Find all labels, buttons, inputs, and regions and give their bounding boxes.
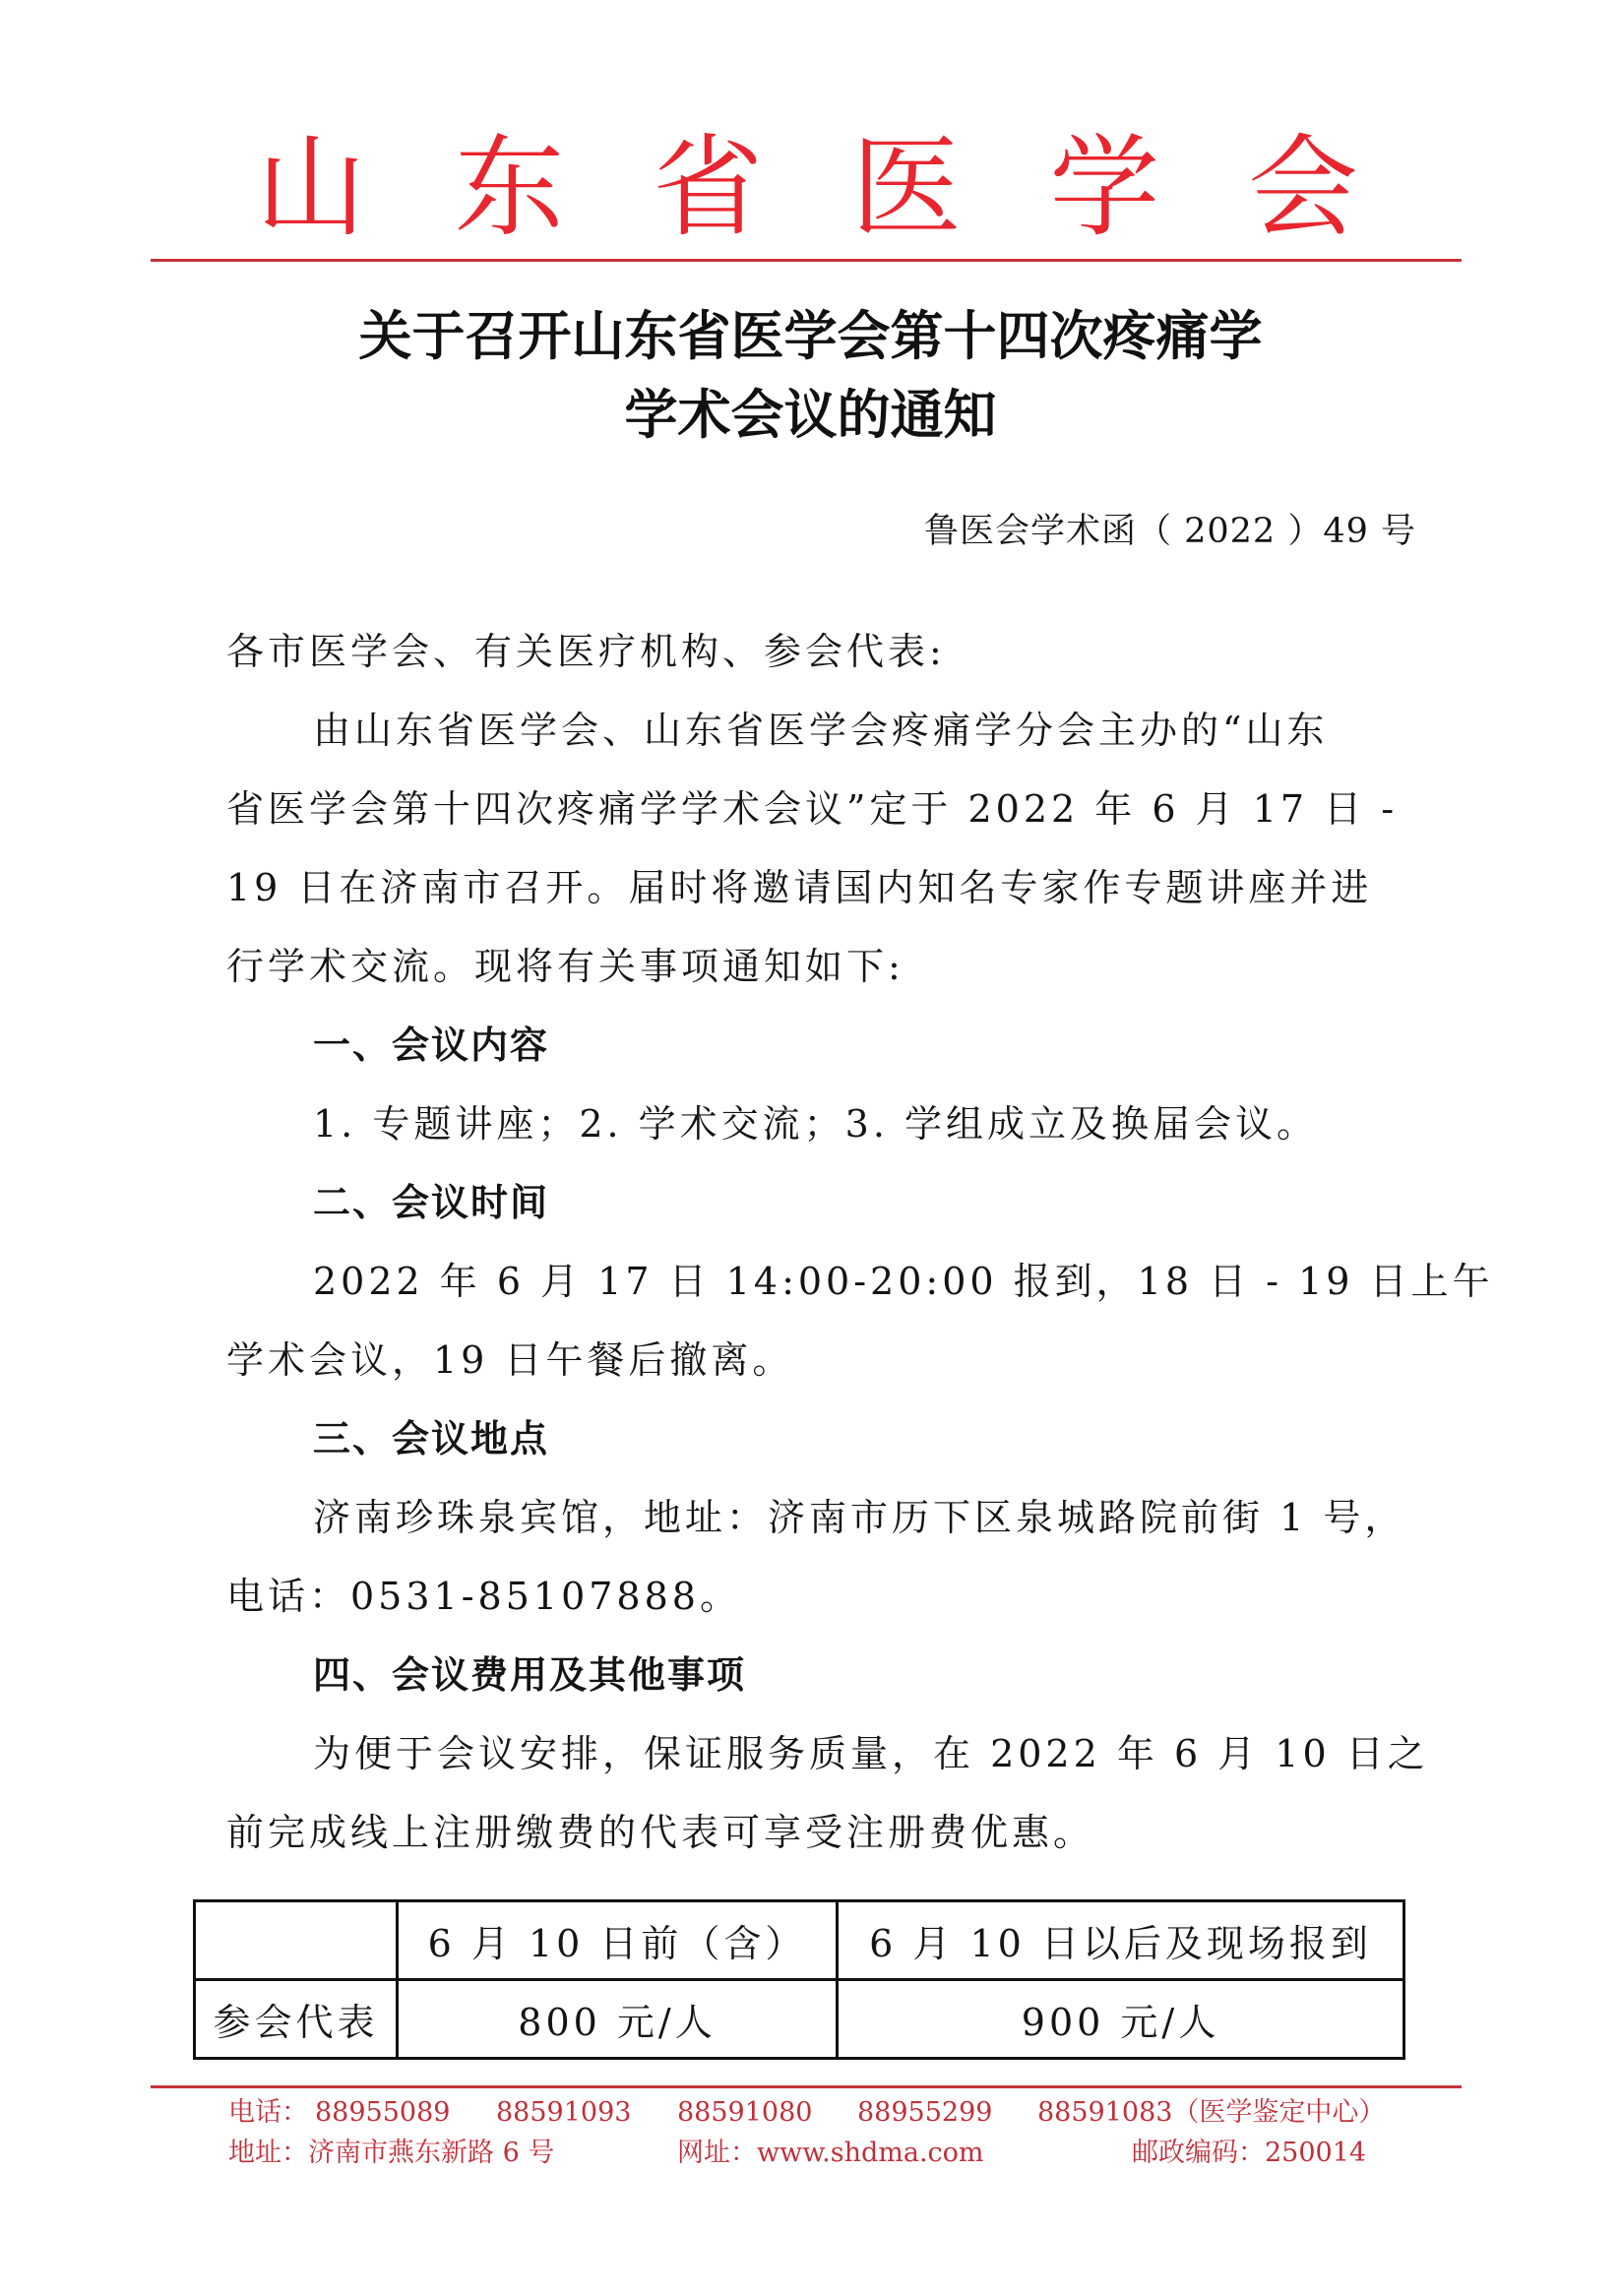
footer-phone: 88591080 (677, 2093, 812, 2133)
letterhead-char: 省 (653, 133, 763, 243)
section-heading-fees: 四、会议费用及其他事项 (313, 1636, 746, 1714)
section-line: 为便于会议安排，保证服务质量，在 2022 年 6 月 10 日之 (313, 1714, 1429, 1793)
section-heading-time: 二、会议时间 (313, 1163, 549, 1242)
section-line: 学术会议，19 日午餐后撤离。 (226, 1321, 793, 1399)
fee-table: 6 月 10 日前（含） 6 月 10 日以后及现场报到 参会代表 800 元/… (193, 1899, 1405, 2060)
fee-table-header-cell: 6 月 10 日前（含） (398, 1901, 838, 1980)
footer-phone: 88591083（医学鉴定中心） (1037, 2093, 1385, 2133)
footer-address: 地址：济南市燕东新路 6 号 (228, 2134, 554, 2173)
fee-table-cell: 参会代表 (195, 1980, 398, 2059)
footer-website: 网址：www.shdma.com (677, 2134, 984, 2173)
footer-divider (151, 2085, 1462, 2088)
document-title-line-1: 关于召开山东省医学会第十四次疼痛学 (148, 297, 1473, 376)
letterhead-divider (151, 259, 1462, 262)
fee-table-cell: 900 元/人 (838, 1980, 1404, 2059)
section-heading-venue: 三、会议地点 (313, 1399, 549, 1478)
fee-table-header-cell (195, 1901, 398, 1980)
section-line: 1. 专题讲座；2. 学术交流；3. 学组成立及换届会议。 (313, 1085, 1318, 1163)
footer-phone: 88591093 (496, 2093, 631, 2133)
section-line: 2022 年 6 月 17 日 14:00-20:00 报到，18 日 - 19… (313, 1242, 1494, 1321)
section-heading-content: 一、会议内容 (313, 1006, 549, 1085)
letterhead-char: 会 (1248, 133, 1358, 243)
intro-line: 省医学会第十四次疼痛学学术会议”定于 2022 年 6 月 17 日 - (226, 770, 1398, 848)
letterhead-org-name: 山 东 省 医 学 会 (148, 126, 1466, 249)
fee-table-header-cell: 6 月 10 日以后及现场报到 (838, 1901, 1404, 1980)
intro-line: 19 日在济南市召开。届时将邀请国内知名专家作专题讲座并进 (226, 848, 1372, 927)
section-line: 电话：0531-85107888。 (226, 1557, 741, 1636)
footer-phone-label: 电话： (228, 2093, 308, 2133)
intro-line: 行学术交流。现将有关事项通知如下: (226, 927, 904, 1006)
letterhead-char: 东 (455, 133, 565, 243)
intro-line: 由山东省医学会、山东省医学会疼痛学分会主办的“山东 (313, 691, 1328, 770)
section-line: 前完成线上注册缴费的代表可享受注册费优惠。 (226, 1793, 1094, 1872)
footer-phone: 88955299 (857, 2093, 992, 2133)
fee-table-header-row: 6 月 10 日前（含） 6 月 10 日以后及现场报到 (195, 1901, 1404, 1980)
salutation: 各市医学会、有关医疗机构、参会代表: (226, 612, 946, 691)
fee-table-cell: 800 元/人 (398, 1980, 838, 2059)
table-row: 参会代表 800 元/人 900 元/人 (195, 1980, 1404, 2059)
document-title-line-2: 学术会议的通知 (148, 376, 1473, 455)
document-number: 鲁医会学术函（ 2022 ）49 号 (924, 507, 1416, 556)
footer-postcode: 邮政编码：250014 (1132, 2134, 1366, 2173)
section-line: 济南珍珠泉宾馆，地址：济南市历下区泉城路院前街 1 号， (313, 1478, 1405, 1557)
letterhead-char: 学 (1049, 133, 1159, 243)
footer-phone: 88955089 (315, 2093, 450, 2133)
letterhead-char: 医 (851, 133, 962, 243)
letterhead-char: 山 (256, 133, 366, 243)
